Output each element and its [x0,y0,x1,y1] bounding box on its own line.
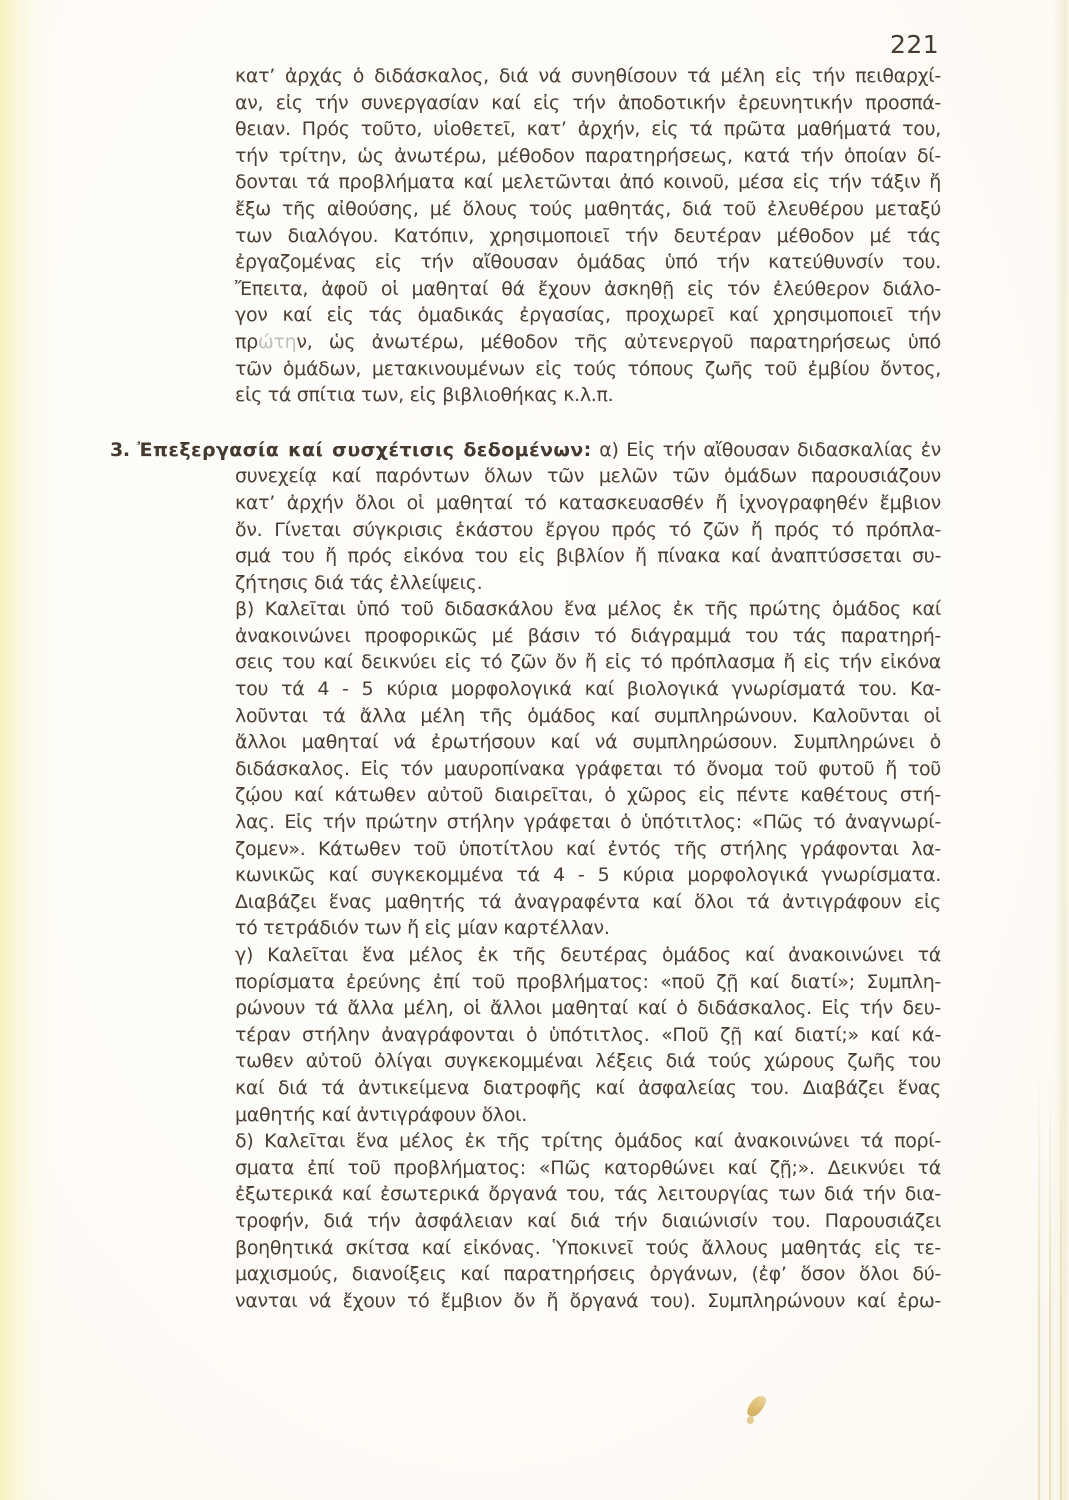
word-fragment: πρ [235,331,258,353]
text-line: σμά του ἤ πρός εἰκόνα του εἰς βιβλίον ἤ … [235,543,941,570]
page-number: 221 [890,32,942,57]
text-line: β) Καλεῖται ὑπό τοῦ διδασκάλου ἕνα μέλος… [235,596,941,623]
text-line: τωθεν αὐτοῦ ὀλίγαι συγκεκομμέναι λέξεις … [235,1048,941,1075]
paragraph-item-d: δ) Καλεῖται ἕνα μέλος ἐκ τῆς τρίτης ὁμάδ… [235,1128,941,1314]
binding-page-edges [1033,1070,1069,1500]
text-line: μαθητής καί ἀντιγράφουν ὅλοι. [235,1102,941,1129]
text-line: δ) Καλεῖται ἕνα μέλος ἐκ τῆς τρίτης ὁμάδ… [235,1128,941,1155]
text-line: κατ’ ἀρχήν ὅλοι οἱ μαθηταί τό κατασκευασ… [235,490,941,517]
text-line: του τά 4 - 5 κύρια μορφολογικά καί βιολο… [235,676,941,703]
paragraph-intro-part2: τῶν ὁμάδων, μετακινουμένων εἰς τούς τόπο… [235,356,941,409]
text-line: ὄν. Γίνεται σύγκρισις ἑκάστου ἔργου πρός… [235,517,941,544]
paragraph-item-a: συνεχείᾳ καί παρόντων ὅλων τῶν μελῶν τῶν… [235,463,941,596]
text-line: θειαν. Πρός τοῦτο, υἱοθετεῖ, κατ’ ἀρχήν,… [235,116,941,143]
text-line: λας. Εἰς τήν πρώτην στήλην γράφεται ὁ ὑπ… [235,809,941,836]
text-line: τήν τρίτην, ὡς ἀνωτέρω, μέθοδον παρατηρή… [235,143,941,170]
text-line: γ) Καλεῖται ἕνα μέλος ἐκ τῆς δευτέρας ὁμ… [235,942,941,969]
text-line: κωνικῶς καί συγκεκομμένα τά 4 - 5 κύρια … [235,862,941,889]
text-line: τέραν στήλην ἀναγράφονται ὁ ὑπότιτλος. «… [235,1022,941,1049]
text-line: Διαβάζει ἕνας μαθητής τά ἀναγραφέντα καί… [235,889,941,916]
text-line: σεις του καί δεικνύει εἰς τό ζῶν ὄν ἤ εἰ… [235,649,941,676]
text-line: των διαλόγου. Κατόπιν, χρησιμοποιεῖ τήν … [235,223,941,250]
faded-word-fragment: ώτη [258,331,297,353]
page-edge-left [0,0,62,1500]
text-line: ἐξωτερικά καί ἐσωτερικά ὄργανά του, τάς … [235,1181,941,1208]
line-remainder: ν, ὡς ἀνωτέρω, μέθοδον τῆς αὐτενεργοῦ πα… [296,331,941,353]
text-line-with-print-fade: πρώτην, ὡς ἀνωτέρω, μέθοδον τῆς αὐτενεργ… [235,329,941,356]
text-line: ρώνουν τά ἄλλα μέλη, οἱ ἄλλοι μαθηταί κα… [235,995,941,1022]
text-line: τῶν ὁμάδων, μετακινουμένων εἰς τούς τόπο… [235,356,941,383]
section-title-bold: Ἐπεξεργασία καί συσχέτισις δεδομένων: [138,439,592,461]
scanned-book-page: 221 κατ’ ἀρχάς ὁ διδάσκαλος, διά νά συνη… [0,0,1069,1500]
page-edge-right [1053,0,1069,1500]
text-line: πορίσματα ἐρεύνης ἐπί τοῦ προβλήματος: «… [235,969,941,996]
section-3-heading-line: 3. Ἐπεξεργασία καί συσχέτισις δεδομένων:… [110,437,941,464]
text-line: ζήτησις διά τάς ἐλλείψεις. [235,570,941,597]
text-line: ζομεν». Κάτωθεν τοῦ ὑποτίτλου καί ἐντός … [235,836,941,863]
text-line: ἀνακοινώνει προφορικῶς μέ βάσιν τό διάγρ… [235,623,941,650]
text-line: διδάσκαλος. Εἰς τόν μαυροπίνακα γράφεται… [235,756,941,783]
text-line: νανται νά ἔχουν τό ἔμβιον ὄν ἤ ὄργανά το… [235,1288,941,1315]
paragraph-intro-part1: κατ’ ἀρχάς ὁ διδάσκαλος, διά νά συνηθίσο… [235,63,941,329]
text-line: ἔξω τῆς αἰθούσης, μέ ὅλους τούς μαθητάς,… [235,196,941,223]
text-line: γον καί εἰς τάς ὁμαδικάς ἐργασίας, προχω… [235,302,941,329]
text-line: ζῴου καί κάτωθεν αὐτοῦ διαιρεῖται, ὁ χῶρ… [235,782,941,809]
text-line: συνεχείᾳ καί παρόντων ὅλων τῶν μελῶν τῶν… [235,463,941,490]
section-heading-continuation: α) Εἰς τήν αἴθουσαν διδασκαλίας ἐν [599,439,941,461]
text-line: ἄλλοι μαθηταί νά ἐρωτήσουν καί νά συμπλη… [235,729,941,756]
text-line: τροφήν, διά τήν ἀσφάλειαν καί διά τήν δι… [235,1208,941,1235]
paragraph-item-b: β) Καλεῖται ὑπό τοῦ διδασκάλου ἕνα μέλος… [235,596,941,942]
text-line: βοηθητικά σκίτσα καί εἰκόνας. Ὑποκινεῖ τ… [235,1235,941,1262]
text-line: εἰς τά σπίτια των, εἰς βιβλιοθήκας κ.λ.π… [235,382,941,409]
text-line: μαχισμούς, διανοίξεις καί παρατηρήσεις ὀ… [235,1261,941,1288]
text-line: λοῦνται τά ἄλλα μέλη τῆς ὁμάδος καί συμπ… [235,703,941,730]
text-line: καί διά τά ἀντικείμενα διατροφῆς καί ἀσφ… [235,1075,941,1102]
paragraph-item-c: γ) Καλεῖται ἕνα μέλος ἐκ τῆς δευτέρας ὁμ… [235,942,941,1128]
text-line: Ἔπειτα, ἀφοῦ οἱ μαθηταί θά ἔχουν ἀσκηθῇ … [235,276,941,303]
text-line: σματα ἐπί τοῦ προβλήματος: «Πῶς κατορθών… [235,1155,941,1182]
section-number: 3. [110,439,130,461]
text-line: αν, εἰς τήν συνεργασίαν καί εἰς τήν ἀποδ… [235,90,941,117]
text-line: ἐργαζομένας εἰς τήν αἴθουσαν ὁμάδας ὑπό … [235,249,941,276]
text-line: τό τετράδιόν των ἤ εἰς μίαν καρτέλλαν. [235,915,941,942]
text-line: δονται τά προβλήματα καί μελετῶνται ἀπό … [235,169,941,196]
page-body-text: κατ’ ἀρχάς ὁ διδάσκαλος, διά νά συνηθίσο… [235,63,941,1314]
text-line: κατ’ ἀρχάς ὁ διδάσκαλος, διά νά συνηθίσο… [235,63,941,90]
